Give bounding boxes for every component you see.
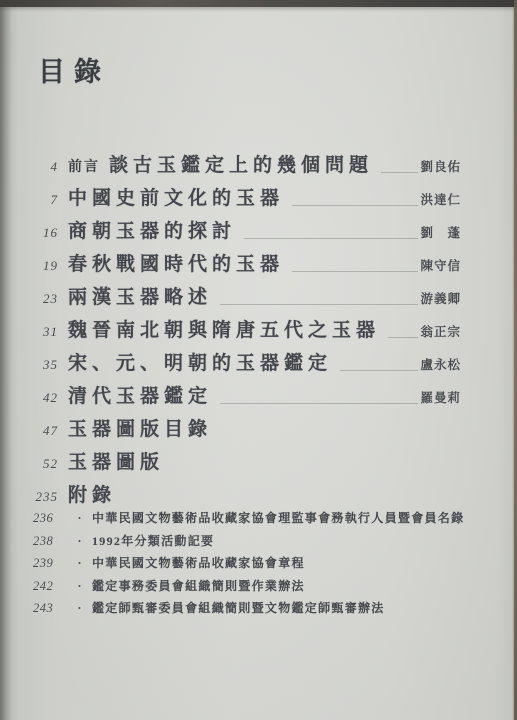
entry-author: 翁正宗 <box>420 322 461 340</box>
appendix-title: 鑑定師甄審委員會組織簡則暨文物鑑定師甄審辦法 <box>92 599 385 616</box>
leader-line <box>244 238 418 239</box>
appendix-title: 中華民國文物藝術品收藏家協會章程 <box>92 554 305 571</box>
appendix-title: 鑑定事務委員會組織簡則暨作業辦法 <box>92 577 305 594</box>
photo-top-edge <box>0 0 517 7</box>
appendix-page-number: 238 <box>33 534 61 549</box>
entry-title: 中國史前文化的玉器 <box>68 183 284 210</box>
toc-entry: 52 玉器圖版 <box>30 447 461 480</box>
entry-author: 游義卿 <box>420 289 461 307</box>
entry-content: 前言 談古玉鑑定上的幾個問題 劉良佑 <box>68 150 461 177</box>
entry-content: 兩漢玉器略述 游義卿 <box>68 282 461 309</box>
entry-page-number: 23 <box>30 291 58 307</box>
entry-author: 盧永松 <box>420 355 461 373</box>
book-page-photo: 目錄 4 前言 談古玉鑑定上的幾個問題 劉良佑 7 中國史前文化的玉器 洪達仁 … <box>0 0 517 720</box>
entry-page-number: 42 <box>30 390 58 406</box>
entry-title: 春秋戰國時代的玉器 <box>68 249 284 276</box>
book-spine-shadow <box>0 0 12 720</box>
appendix-entry: 242 ・ 鑑定事務委員會組織簡則暨作業辦法 <box>33 577 481 600</box>
toc-list: 4 前言 談古玉鑑定上的幾個問題 劉良佑 7 中國史前文化的玉器 洪達仁 16 … <box>30 150 461 513</box>
entry-title: 玉器圖版目錄 <box>68 414 212 441</box>
entry-author: 劉良佑 <box>420 157 461 175</box>
entry-page-number: 47 <box>30 423 58 439</box>
entry-content: 魏晉南北朝與隋唐五代之玉器 翁正宗 <box>68 315 461 342</box>
appendix-title: 1992年分類活動記要 <box>92 532 214 549</box>
entry-content: 附錄 <box>68 480 461 507</box>
leader-line <box>220 304 418 305</box>
entry-content: 中國史前文化的玉器 洪達仁 <box>68 183 461 210</box>
appendix-page-number: 242 <box>33 579 61 594</box>
bullet-icon: ・ <box>74 578 85 594</box>
bullet-icon: ・ <box>74 600 85 616</box>
entry-section-label: 前言 <box>68 156 100 176</box>
toc-entry: 19 春秋戰國時代的玉器 陳守信 <box>30 249 461 282</box>
toc-entry: 7 中國史前文化的玉器 洪達仁 <box>30 183 461 216</box>
entry-title: 談古玉鑑定上的幾個問題 <box>109 150 373 177</box>
bullet-icon: ・ <box>74 533 85 549</box>
leader-line <box>292 205 418 206</box>
entry-author: 洪達仁 <box>420 190 461 208</box>
entry-content: 春秋戰國時代的玉器 陳守信 <box>68 249 461 276</box>
leader-line <box>381 172 418 173</box>
appendix-title: 中華民國文物藝術品收藏家協會理監事會務執行人員暨會員名錄 <box>92 509 464 526</box>
appendix-entry: 243 ・ 鑑定師甄審委員會組織簡則暨文物鑑定師甄審辦法 <box>33 599 481 622</box>
entry-title: 清代玉器鑑定 <box>68 381 212 408</box>
toc-entry: 4 前言 談古玉鑑定上的幾個問題 劉良佑 <box>30 150 461 183</box>
toc-entry: 35 宋、元、明朝的玉器鑑定 盧永松 <box>30 348 461 381</box>
appendix-page-number: 239 <box>33 556 61 571</box>
entry-content: 玉器圖版 <box>68 447 461 474</box>
entry-page-number: 16 <box>30 225 58 241</box>
appendix-page-number: 236 <box>33 511 61 526</box>
toc-entry: 16 商朝玉器的探討 劉 蓬 <box>30 216 461 249</box>
entry-title: 魏晉南北朝與隋唐五代之玉器 <box>68 315 380 342</box>
entry-page-number: 19 <box>30 258 58 274</box>
entry-content: 清代玉器鑑定 羅曼莉 <box>68 381 461 408</box>
entry-title: 玉器圖版 <box>68 447 164 474</box>
entry-author: 劉 蓬 <box>420 223 461 241</box>
leader-line <box>292 271 418 272</box>
bullet-icon: ・ <box>74 555 85 571</box>
entry-page-number: 7 <box>30 192 58 208</box>
toc-entry: 31 魏晉南北朝與隋唐五代之玉器 翁正宗 <box>30 315 461 348</box>
entry-title: 附錄 <box>68 480 116 507</box>
entry-title: 商朝玉器的探討 <box>68 216 236 243</box>
leader-line <box>388 337 418 338</box>
entry-page-number: 35 <box>30 357 58 373</box>
bullet-icon: ・ <box>74 510 85 526</box>
entry-author: 羅曼莉 <box>420 388 461 406</box>
page-title: 目錄 <box>38 50 110 89</box>
entry-content: 玉器圖版目錄 <box>68 414 461 441</box>
entry-content: 宋、元、明朝的玉器鑑定 盧永松 <box>68 348 461 375</box>
appendix-list: 236 ・ 中華民國文物藝術品收藏家協會理監事會務執行人員暨會員名錄 238 ・… <box>33 509 481 622</box>
leader-line <box>340 370 418 371</box>
entry-title: 兩漢玉器略述 <box>68 282 212 309</box>
entry-page-number: 31 <box>30 324 58 340</box>
leader-line <box>220 403 418 404</box>
appendix-entry: 239 ・ 中華民國文物藝術品收藏家協會章程 <box>33 554 481 577</box>
appendix-page-number: 243 <box>33 601 61 616</box>
entry-page-number: 235 <box>30 489 58 505</box>
toc-entry: 47 玉器圖版目錄 <box>30 414 461 447</box>
entry-author: 陳守信 <box>420 256 461 274</box>
toc-entry: 42 清代玉器鑑定 羅曼莉 <box>30 381 461 414</box>
entry-content: 商朝玉器的探討 劉 蓬 <box>68 216 461 243</box>
entry-page-number: 4 <box>30 159 58 175</box>
appendix-entry: 238 ・ 1992年分類活動記要 <box>33 532 481 555</box>
entry-title: 宋、元、明朝的玉器鑑定 <box>68 348 332 375</box>
toc-entry: 23 兩漢玉器略述 游義卿 <box>30 282 461 315</box>
appendix-entry: 236 ・ 中華民國文物藝術品收藏家協會理監事會務執行人員暨會員名錄 <box>33 509 481 532</box>
entry-page-number: 52 <box>30 456 58 472</box>
